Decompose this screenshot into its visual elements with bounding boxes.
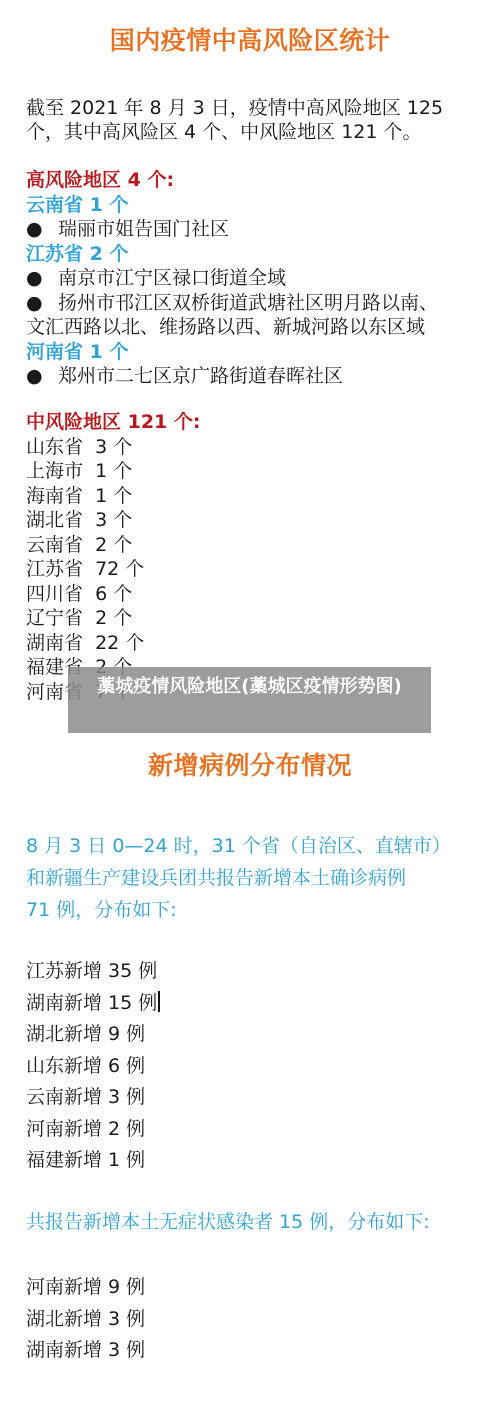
- high-risk-heading: 高风险地区 4 个:: [26, 168, 476, 193]
- image-caption-overlay: 藁城疫情风险地区(藁城区疫情形势图): [68, 667, 431, 733]
- confirmed-cases-list: 江苏新增 35 例 湖南新增 15 例 湖北新增 9 例 山东新增 6 例 云南…: [26, 956, 476, 1177]
- medium-risk-section: 中风险地区 121 个: 山东省 3 个 上海市 1 个 海南省 1 个 湖北省…: [26, 410, 476, 704]
- bullet-icon: ●: [26, 266, 58, 291]
- section-title-new-cases: 新增病例分布情况: [0, 751, 500, 781]
- high-risk-area: ●郑州市二七区京广路街道春晖社区: [26, 364, 476, 389]
- medium-risk-item: 上海市 1 个: [26, 459, 476, 484]
- confirmed-item: 山东新增 6 例: [26, 1051, 476, 1083]
- confirmed-item: 江苏新增 35 例: [26, 956, 476, 988]
- province-heading-yunnan: 云南省 1 个: [26, 193, 476, 218]
- high-risk-area: ●扬州市邗江区双桥街道武塘社区明月路以南、: [26, 291, 476, 316]
- bullet-icon: ●: [26, 364, 58, 389]
- province-heading-jiangsu: 江苏省 2 个: [26, 242, 476, 267]
- asymptomatic-list: 河南新增 9 例 湖北新增 3 例 湖南新增 3 例: [26, 1272, 476, 1367]
- text-cursor: [158, 991, 160, 1012]
- intro-line: 71 例，分布如下:: [26, 894, 476, 926]
- medium-risk-heading: 中风险地区 121 个:: [26, 410, 476, 435]
- asymptomatic-item: 湖南新增 3 例: [26, 1335, 476, 1367]
- medium-risk-item: 四川省 6 个: [26, 582, 476, 607]
- bullet-icon: ●: [26, 291, 58, 316]
- high-risk-area: ●南京市江宁区禄口街道全域: [26, 266, 476, 291]
- medium-risk-item: 湖南省 22 个: [26, 631, 476, 656]
- high-risk-section: 高风险地区 4 个: 云南省 1 个 ●瑞丽市姐告国门社区 江苏省 2 个 ●南…: [26, 168, 476, 389]
- province-heading-henan: 河南省 1 个: [26, 340, 476, 365]
- medium-risk-item: 湖北省 3 个: [26, 508, 476, 533]
- asymptomatic-heading: 共报告新增本土无症状感染者 15 例，分布如下:: [26, 1210, 496, 1234]
- confirmed-item: 湖南新增 15 例: [26, 988, 476, 1020]
- medium-risk-item: 辽宁省 2 个: [26, 606, 476, 631]
- summary-line: 个，其中高风险区 4 个、中风险地区 121 个。: [26, 120, 476, 144]
- asymptomatic-item: 湖北新增 3 例: [26, 1304, 476, 1336]
- high-risk-area: ●瑞丽市姐告国门社区: [26, 217, 476, 242]
- new-cases-intro: 8 月 3 日 0—24 时，31 个省（自治区、直辖市） 和新疆生产建设兵团共…: [26, 830, 476, 926]
- confirmed-item: 福建新增 1 例: [26, 1145, 476, 1177]
- medium-risk-item: 江苏省 72 个: [26, 557, 476, 582]
- intro-line: 8 月 3 日 0—24 时，31 个省（自治区、直辖市）: [26, 830, 476, 862]
- confirmed-item: 湖北新增 9 例: [26, 1019, 476, 1051]
- asymptomatic-item: 河南新增 9 例: [26, 1272, 476, 1304]
- bullet-icon: ●: [26, 217, 58, 242]
- section-title-risk-areas: 国内疫情中高风险区统计: [0, 26, 500, 56]
- confirmed-item: 河南新增 2 例: [26, 1114, 476, 1146]
- medium-risk-item: 山东省 3 个: [26, 435, 476, 460]
- summary-paragraph: 截至 2021 年 8 月 3 日，疫情中高风险地区 125 个，其中高风险区 …: [26, 96, 476, 144]
- medium-risk-item: 海南省 1 个: [26, 484, 476, 509]
- summary-line: 截至 2021 年 8 月 3 日，疫情中高风险地区 125: [26, 96, 476, 120]
- intro-line: 和新疆生产建设兵团共报告新增本土确诊病例: [26, 862, 476, 894]
- high-risk-area-continued: 文汇西路以北、维扬路以西、新城河路以东区域: [26, 315, 476, 340]
- medium-risk-item: 云南省 2 个: [26, 533, 476, 558]
- confirmed-item: 云南新增 3 例: [26, 1082, 476, 1114]
